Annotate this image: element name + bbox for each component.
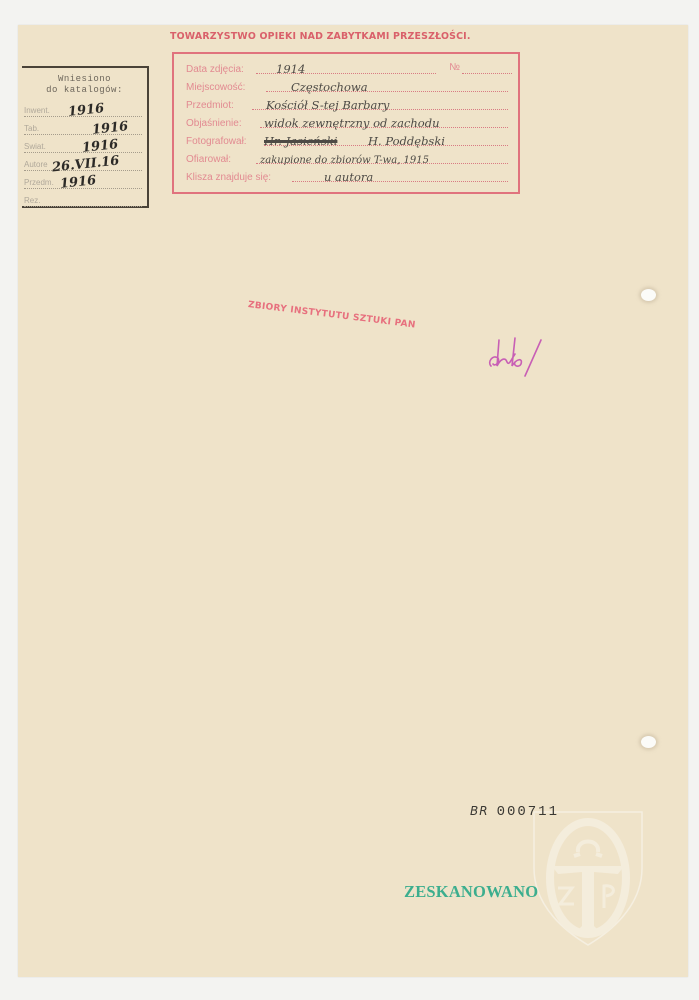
number-label: №	[449, 62, 460, 73]
catalog-row: Swiat. 1916	[24, 136, 142, 153]
catalog-row: Inwent. 1916	[24, 100, 142, 117]
catalog-row: Autore 26.VII.16	[24, 154, 142, 171]
field-negative-location: Klisza znajduje się: u autora	[186, 168, 508, 184]
field-subject: Przedmiot: Kościół S-tej Barbary	[186, 96, 508, 112]
field-photographer: Fotografował: Hr. Jasieński H. Poddębski	[186, 132, 508, 148]
inventory-number: BR000711	[470, 804, 559, 820]
signature-mark	[485, 332, 565, 377]
catalog-row: Przedm. 1916	[24, 172, 142, 189]
number-line	[462, 73, 512, 74]
catalog-row: Tab. 1916	[24, 118, 142, 135]
society-stamp: № Data zdjęcia: 1914 Miejscowość: Często…	[172, 52, 520, 194]
field-description: Objaśnienie: widok zewnętrzny od zachodu	[186, 114, 508, 130]
punch-hole	[641, 289, 656, 301]
field-place: Miejscowość: Częstochowa	[186, 78, 508, 94]
society-stamp-title: TOWARZYSTWO OPIEKI NAD ZABYTKAMI PRZESZŁ…	[170, 31, 471, 42]
punch-hole	[641, 736, 656, 748]
catalog-stamp-title: Wniesiono do katalogów:	[22, 74, 147, 96]
watermark-shield-icon	[528, 808, 648, 948]
scan-stamp: ZESKANOWANO	[404, 882, 538, 902]
catalog-stamp: Wniesiono do katalogów: Inwent. 1916 Tab…	[22, 66, 149, 208]
field-donor: Ofiarował: zakupione do zbiorów T-wa, 19…	[186, 150, 508, 166]
field-date: Data zdjęcia: 1914	[186, 60, 436, 76]
catalog-row: Rez.	[24, 190, 142, 207]
